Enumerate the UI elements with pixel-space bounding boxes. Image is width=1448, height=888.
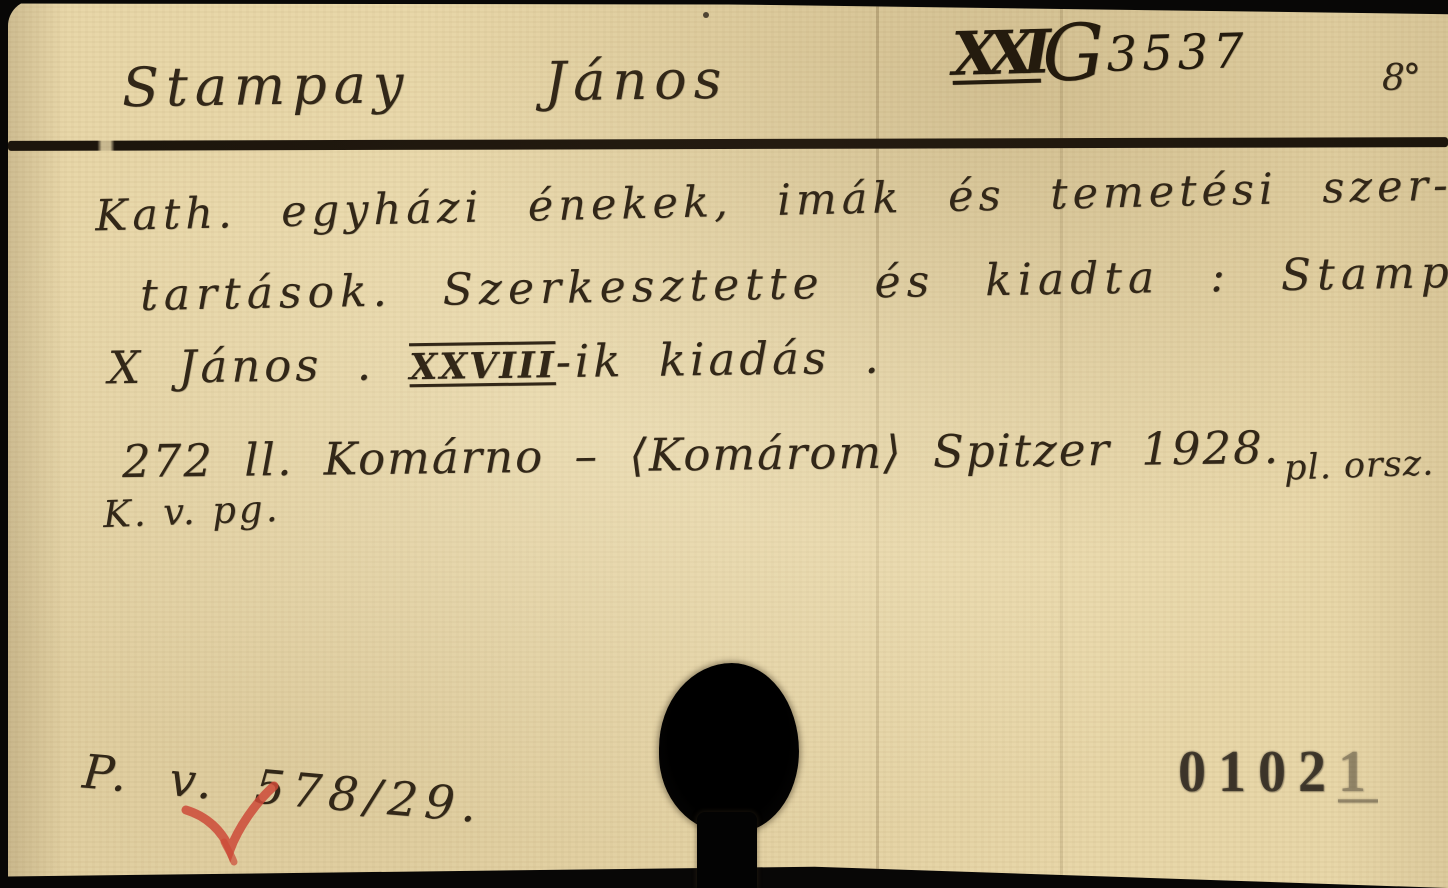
- book-format: 8°: [1382, 58, 1419, 99]
- call-number: XXIG3537: [951, 4, 1250, 102]
- hole-punch-slot: [697, 812, 757, 888]
- title-line-3-prefix: X János .: [108, 338, 376, 395]
- inventory-stamp-digits: 0102: [1178, 739, 1338, 804]
- inventory-stamp-faint-digit: 1: [1338, 739, 1378, 804]
- edition-roman-numeral: XXVIII: [409, 344, 556, 388]
- copy-note: pl. orsz.: [1283, 443, 1434, 488]
- title-line-3: X János . XXVIII-ik kiadás .: [108, 331, 883, 395]
- call-number-letter: G: [1041, 8, 1106, 100]
- catalog-card-scan: Stampay János XXIG3537 8° Kath. egyházi …: [0, 0, 1448, 888]
- inventory-stamp: 01021: [1178, 738, 1378, 805]
- scan-speck: [703, 12, 709, 18]
- call-number-class: XXI: [951, 18, 1041, 90]
- binding-note: K. v. pg.: [102, 487, 281, 536]
- call-number-digits: 3537: [1106, 23, 1250, 83]
- author-heading: Stampay János: [122, 48, 729, 119]
- title-line-3-suffix: -ik kiadás .: [555, 331, 883, 389]
- hole-punch: [659, 663, 799, 833]
